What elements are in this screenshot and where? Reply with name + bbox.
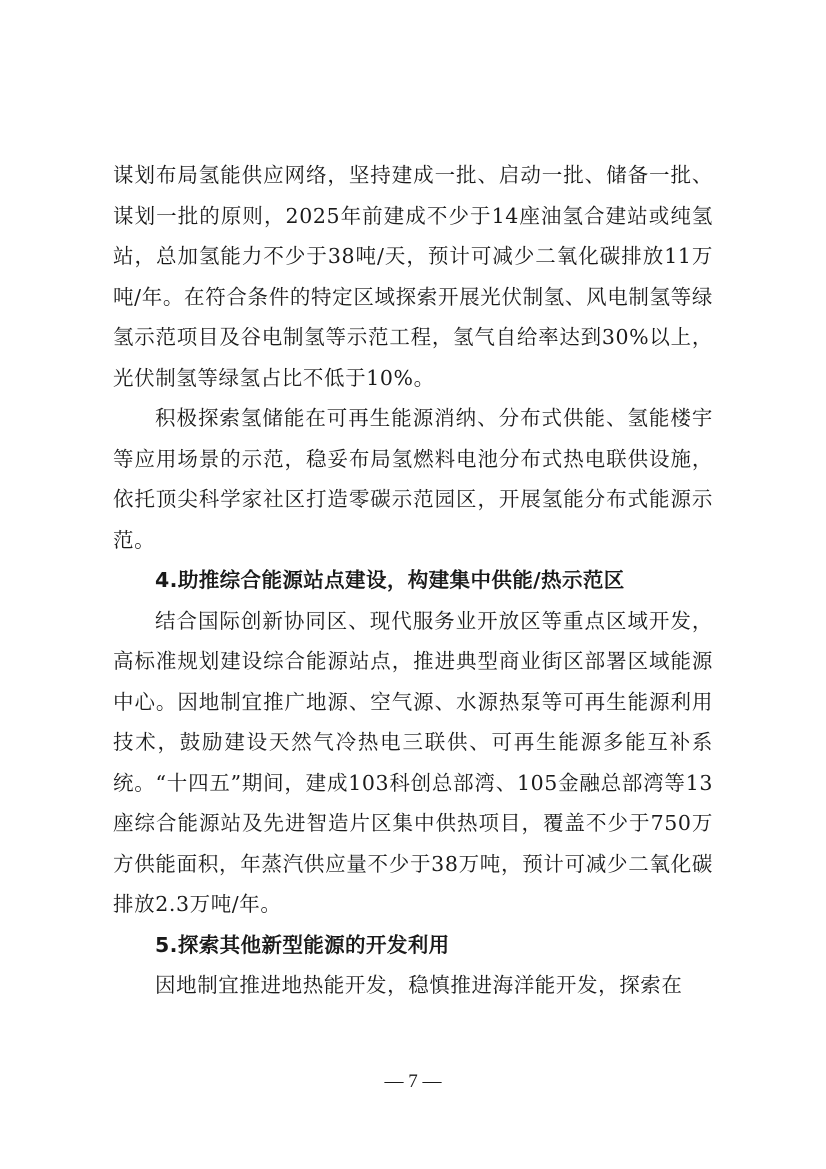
page-number: — 7 — bbox=[0, 1071, 826, 1093]
document-body: 谋划布局氢能供应网络，坚持建成一批、启动一批、储备一批、谋划一批的原则，2025… bbox=[113, 155, 713, 1006]
section-heading-5: 5.探索其他新型能源的开发利用 bbox=[113, 925, 713, 966]
paragraph-other-new-energy: 因地制宜推进地热能开发，稳慎推进海洋能开发，探索在 bbox=[113, 965, 713, 1006]
paragraph-hydrogen-storage: 积极探索氢储能在可再生能源消纳、分布式供能、氢能楼宇等应用场景的示范，稳妥布局氢… bbox=[113, 398, 713, 560]
paragraph-integrated-energy-stations: 结合国际创新协同区、现代服务业开放区等重点区域开发，高标准规划建设综合能源站点，… bbox=[113, 601, 713, 925]
paragraph-hydrogen-supply-network: 谋划布局氢能供应网络，坚持建成一批、启动一批、储备一批、谋划一批的原则，2025… bbox=[113, 155, 713, 398]
section-heading-4: 4.助推综合能源站点建设，构建集中供能/热示范区 bbox=[113, 560, 713, 601]
